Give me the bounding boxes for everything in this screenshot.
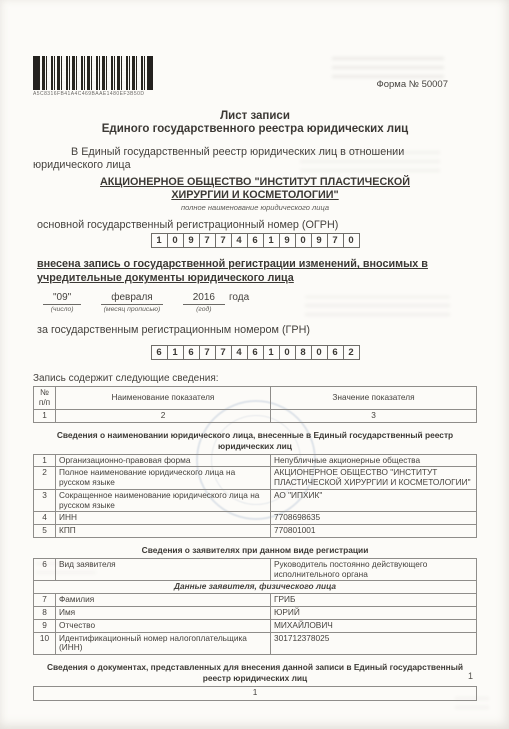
- record-header-table: № п/п Наименование показателя Значение п…: [33, 386, 477, 422]
- row-value: АКЦИОНЕРНОЕ ОБЩЕСТВО "ИНСТИТУТ ПЛАСТИЧЕС…: [271, 467, 477, 490]
- table-index-row: 1 2 3: [34, 409, 477, 422]
- column-header-num: № п/п: [34, 387, 56, 410]
- table-row: 6 Вид заявителя Руководитель постоянно д…: [34, 558, 477, 581]
- row-value: Непубличные акционерные общества: [271, 454, 477, 467]
- registry-subtitle: Единого государственного реестра юридиче…: [33, 123, 477, 135]
- grn-digit-cell: 1: [168, 345, 184, 360]
- row-name: Отчество: [56, 619, 271, 632]
- row-num: 8: [34, 607, 56, 620]
- date-month-label: (месяц прописью): [101, 306, 162, 313]
- table-row: 1 Организационно-правовая форма Непублич…: [34, 454, 477, 467]
- document-title: Лист записи: [33, 110, 477, 122]
- ogrn-digit-cell: 9: [312, 233, 328, 248]
- table-row: 8 Имя ЮРИЙ: [34, 607, 477, 620]
- company-name: АКЦИОНЕРНОЕ ОБЩЕСТВО "ИНСТИТУТ ПЛАСТИЧЕС…: [73, 176, 438, 202]
- row-num: 1: [34, 454, 56, 467]
- row-value: АО "ИПХИК": [271, 489, 477, 512]
- applicant-data-subheader: Данные заявителя, физического лица: [34, 581, 477, 594]
- table-row: 4 ИНН 7708698635: [34, 512, 477, 525]
- table-subheader-row: Данные заявителя, физического лица: [34, 581, 477, 594]
- row-num: 9: [34, 619, 56, 632]
- ogrn-digit-cell: 0: [344, 233, 360, 248]
- grn-digit-cell: 7: [200, 345, 216, 360]
- barcode-block: A5C8316FB41A4C469BAAE1480EF3B50D: [33, 56, 153, 97]
- documents-cell: 1: [34, 686, 477, 700]
- barcode-caption: A5C8316FB41A4C469BAAE1480EF3B50D: [33, 91, 153, 97]
- grn-digit-cell: 8: [296, 345, 312, 360]
- ogrn-digit-cell: 7: [328, 233, 344, 248]
- row-num: 10: [34, 632, 56, 655]
- ogrn-digit-cell: 7: [216, 233, 232, 248]
- column-header-value: Значение показателя: [271, 387, 477, 410]
- row-num: 2: [34, 467, 56, 490]
- row-value: 301712378025: [271, 632, 477, 655]
- section-title-name-info: Сведения о наименовании юридического лиц…: [33, 430, 477, 452]
- date-month: февраля (месяц прописью): [101, 292, 162, 313]
- ogrn-digit-cell: 7: [200, 233, 216, 248]
- row-value: ЮРИЙ: [271, 607, 477, 620]
- table-row: 1: [34, 686, 477, 700]
- table-header-row: № п/п Наименование показателя Значение п…: [34, 387, 477, 410]
- ogrn-digit-cell: 1: [151, 233, 168, 248]
- grn-digit-cell: 6: [248, 345, 264, 360]
- ogrn-digit-cell: 0: [296, 233, 312, 248]
- section-title-applicants: Сведения о заявителях при данном виде ре…: [33, 545, 477, 556]
- index-cell: 2: [56, 409, 271, 422]
- ogrn-digit-cell: 0: [168, 233, 184, 248]
- grn-digit-cell: 6: [184, 345, 200, 360]
- grn-digit-cell: 0: [312, 345, 328, 360]
- ogrn-digit-cell: 6: [248, 233, 264, 248]
- ogrn-digit-strip: 1 0 9 7 7 4 6 1 9 0 9 7 0: [33, 233, 477, 248]
- index-cell: 3: [271, 409, 477, 422]
- date-year-value: 2016: [183, 292, 225, 305]
- row-value: 7708698635: [271, 512, 477, 525]
- table-row: 9 Отчество МИХАЙЛОВИЧ: [34, 619, 477, 632]
- grn-digit-cell: 0: [280, 345, 296, 360]
- date-year-suffix: года: [229, 292, 249, 303]
- table-row: 3 Сокращенное наименование юридического …: [34, 489, 477, 512]
- ogrn-digit-cell: 9: [184, 233, 200, 248]
- grn-digit-cell: 6: [151, 345, 168, 360]
- row-name: Сокращенное наименование юридического ли…: [56, 489, 271, 512]
- row-name: Полное наименование юридического лица на…: [56, 467, 271, 490]
- grn-digit-strip: 6 1 6 7 7 4 6 1 0 8 0 6 2: [33, 345, 477, 360]
- row-name: Идентификационный номер налогоплательщик…: [56, 632, 271, 655]
- row-num: 7: [34, 594, 56, 607]
- record-contents-label: Запись содержит следующие сведения:: [33, 373, 477, 384]
- name-info-table: 1 Организационно-правовая форма Непублич…: [33, 454, 477, 538]
- date-day-label: (число): [43, 306, 81, 313]
- record-statement: внесена запись о государственной регистр…: [33, 257, 457, 285]
- date-day-value: "09": [43, 292, 81, 305]
- date-year: 2016 (год) года: [183, 292, 249, 313]
- intro-paragraph: В Единый государственный реестр юридичес…: [33, 146, 468, 172]
- date-year-label: (год): [183, 306, 225, 313]
- applicants-table: 6 Вид заявителя Руководитель постоянно д…: [33, 558, 477, 655]
- row-value: МИХАЙЛОВИЧ: [271, 619, 477, 632]
- table-row: 5 КПП 770801001: [34, 525, 477, 538]
- grn-digit-cell: 2: [344, 345, 360, 360]
- row-num: 5: [34, 525, 56, 538]
- ogrn-digit-cell: 4: [232, 233, 248, 248]
- grn-digit-cell: 1: [264, 345, 280, 360]
- date-day: "09" (число): [43, 292, 81, 313]
- row-num: 6: [34, 558, 56, 581]
- ogrn-label: основной государственный регистрационный…: [33, 219, 477, 231]
- document-page: Форма № 50007 A5C8316FB41A4C469BAAE1480E…: [0, 0, 509, 729]
- row-value: Руководитель постоянно действующего испо…: [271, 558, 477, 581]
- table-row: 7 Фамилия ГРИБ: [34, 594, 477, 607]
- section-title-documents: Сведения о документах, представленных дл…: [33, 662, 477, 684]
- row-name: ИНН: [56, 512, 271, 525]
- row-name: Вид заявителя: [56, 558, 271, 581]
- row-num: 3: [34, 489, 56, 512]
- row-name: КПП: [56, 525, 271, 538]
- grn-digit-cell: 4: [232, 345, 248, 360]
- documents-table: 1: [33, 686, 477, 701]
- row-value: 770801001: [271, 525, 477, 538]
- table-row: 10 Идентификационный номер налогоплатель…: [34, 632, 477, 655]
- column-header-name: Наименование показателя: [56, 387, 271, 410]
- row-name: Фамилия: [56, 594, 271, 607]
- grn-digit-cell: 6: [328, 345, 344, 360]
- row-value: ГРИБ: [271, 594, 477, 607]
- ogrn-digit-cell: 9: [280, 233, 296, 248]
- row-name: Имя: [56, 607, 271, 620]
- ogrn-digit-cell: 1: [264, 233, 280, 248]
- row-name: Организационно-правовая форма: [56, 454, 271, 467]
- index-cell: 1: [34, 409, 56, 422]
- row-num: 4: [34, 512, 56, 525]
- company-name-caption: полное наименование юридического лица: [33, 203, 477, 212]
- grn-digit-cell: 7: [216, 345, 232, 360]
- grn-label: за государственным регистрационным номер…: [33, 324, 477, 336]
- table-row: 2 Полное наименование юридического лица …: [34, 467, 477, 490]
- document-content: A5C8316FB41A4C469BAAE1480EF3B50D Лист за…: [33, 0, 477, 701]
- page-number: 1: [468, 671, 473, 681]
- registration-date: "09" (число) февраля (месяц прописью) 20…: [33, 292, 477, 313]
- barcode: [33, 56, 153, 90]
- date-month-value: февраля: [101, 292, 162, 305]
